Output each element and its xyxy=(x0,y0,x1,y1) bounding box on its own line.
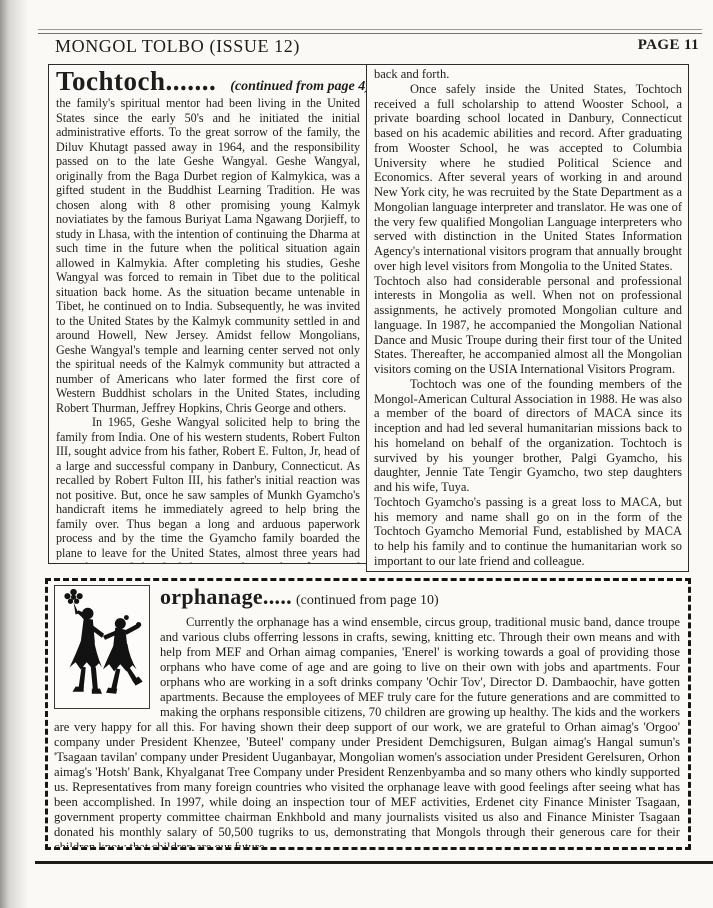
continued-from-note: (continued from page 4) xyxy=(230,79,367,95)
article-paragraph: Once safely inside the United States, To… xyxy=(374,82,682,274)
newsletter-page: MONGOL TOLBO (ISSUE 12) PAGE 11 Tochtoch… xyxy=(0,0,713,908)
header-rule xyxy=(38,29,702,34)
page-number-label: PAGE 11 xyxy=(638,37,699,54)
article-paragraph: Tochtoch also had considerable personal … xyxy=(374,274,682,377)
article-paragraph: back and forth. xyxy=(374,67,682,82)
article-paragraph: Tochtoch Gyamcho's passing is a great lo… xyxy=(374,495,682,569)
article-paragraph: Tochtoch was one of the founding members… xyxy=(374,377,682,495)
article-title: Tochtoch....... xyxy=(56,67,216,95)
article-paragraph: the family's spiritual mentor had been l… xyxy=(56,96,360,415)
article-column-left: Tochtoch....... (continued from page 4) … xyxy=(48,64,367,564)
orphanage-title: orphanage..... xyxy=(160,584,292,609)
dancing-children-silhouette-icon xyxy=(55,586,149,708)
bottom-page-rule xyxy=(35,861,713,864)
article-column-right: back and forth. Once safely inside the U… xyxy=(366,64,689,572)
article-headline-row: Tochtoch....... (continued from page 4) xyxy=(56,67,360,95)
clipart-frame xyxy=(54,585,150,709)
orphanage-continued-note: (continued from page 10) xyxy=(296,593,439,608)
masthead-title: MONGOL TOLBO (ISSUE 12) xyxy=(55,36,300,57)
article-paragraph: In 1965, Geshe Wangyal solicited help to… xyxy=(56,415,360,564)
orphanage-article-box: orphanage..... (continued from page 10) … xyxy=(45,578,691,850)
scan-edge-shadow xyxy=(0,0,30,908)
